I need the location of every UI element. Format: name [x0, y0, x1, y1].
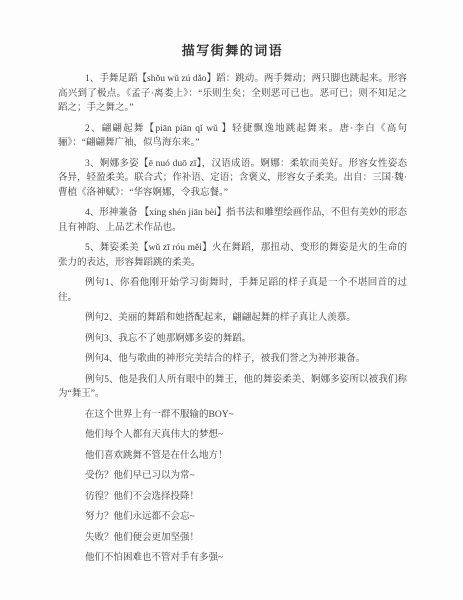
- lyric-line-5: 彷徨？他们不会选择投降！: [58, 490, 407, 505]
- lyric-line-4: 受伤？他们早已习以为常~: [58, 469, 407, 484]
- definition-paragraph-5: 5、舞姿柔美【wǔ zī róu měi】火在舞蹈，那扭动、变形的舞姿是火的生命…: [58, 241, 407, 270]
- lyric-line-3: 他们喜欢跳舞不管是在什么地方！: [58, 449, 407, 464]
- example-sentence-1: 例句1、你看他刚开始学习街舞时，手舞足蹈的样子真是一个不堪回首的过往。: [58, 276, 407, 305]
- document-page: 描写街舞的词语 1、手舞足蹈【shǒu wǔ zú dǎo】蹈：跳动。两手舞动；…: [0, 0, 463, 600]
- example-sentence-5: 例句5、他是我们人所有眼中的舞王，他的舞姿柔美、婀娜多姿所以被我们称为“舞王”。: [58, 373, 407, 402]
- lyric-line-8: 他们不怕困难也不管对手有多强~: [58, 551, 407, 566]
- definition-paragraph-2: 2、翩翩起舞【piān piān qǐ wǔ 】轻捷飘逸地跳起舞来。唐·李白《高…: [58, 122, 407, 151]
- example-sentence-4: 例句4、他与歌曲的神形完美结合的样子，被我们誉之为神形兼备。: [58, 352, 407, 367]
- lyric-line-1: 在这个世界上有一群不服输的BOY~: [58, 408, 407, 423]
- page-title: 描写街舞的词语: [58, 40, 407, 59]
- definition-paragraph-3: 3、婀娜多姿【ē nuó duō zī】，汉语成语。婀娜：柔软而美好。形容女性姿…: [58, 157, 407, 201]
- definition-paragraph-4: 4、形神兼备 【xíng shén jiān bèi】指书法和雕塑绘画作品，不但…: [58, 206, 407, 235]
- lyric-line-7: 失败？他们便会更加坚强！: [58, 531, 407, 546]
- definition-paragraph-1: 1、手舞足蹈【shǒu wǔ zú dǎo】蹈：跳动。两手舞动；两只脚也跳起来。…: [58, 72, 407, 116]
- lyric-line-2: 他们每个人都有天真伟大的梦想~: [58, 428, 407, 443]
- example-sentence-3: 例句3、我忘不了她那婀娜多姿的舞蹈。: [58, 332, 407, 347]
- example-sentence-2: 例句2、美丽的舞蹈和她搭配起来，翩翩起舞的样子真让人羡慕。: [58, 311, 407, 326]
- lyric-line-6: 努力？他们永远都不会忘~: [58, 510, 407, 525]
